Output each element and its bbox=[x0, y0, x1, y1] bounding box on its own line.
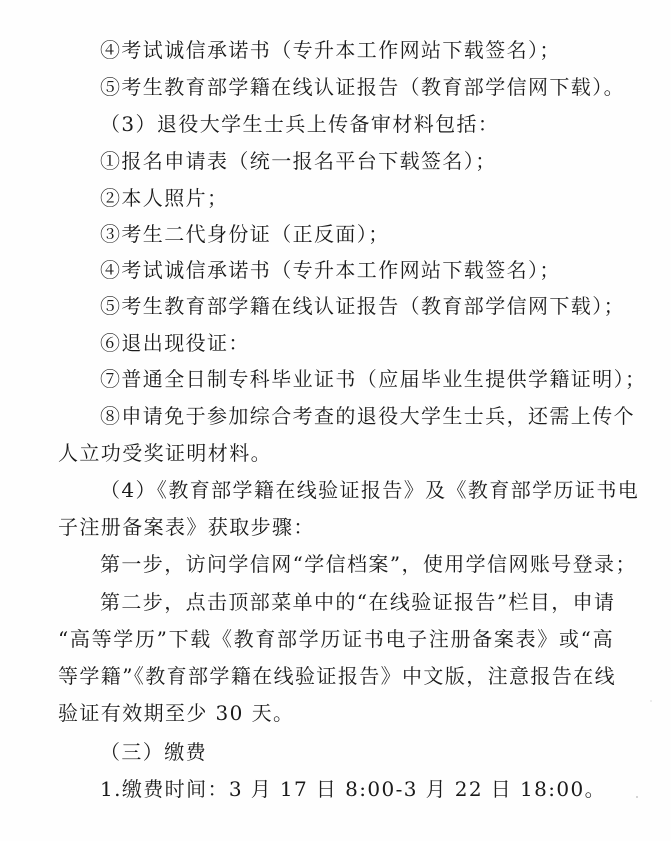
text-line-report-steps-cont: 子注册备案表》获取步骤： bbox=[58, 509, 614, 546]
step-two: 第二步，点击顶部菜单中的“在线验证报告”栏目，申请 bbox=[100, 584, 614, 621]
step-two-cont-2: 等学籍”《教育部学籍在线验证报告》中文版，注意报告在线 bbox=[58, 658, 614, 695]
text-line-commitment-letter: ④考试诚信承诺书（专升本工作网站下载签名）； bbox=[100, 32, 614, 69]
list-item-id-card: ③考生二代身份证（正反面）； bbox=[100, 216, 614, 253]
scan-artifact bbox=[650, 700, 652, 702]
step-two-cont-3: 验证有效期至少 30 天。 bbox=[58, 695, 614, 732]
list-item-enrollment-report: ⑤考生教育部学籍在线认证报告（教育部学信网下载）； bbox=[100, 288, 614, 325]
list-item-discharge-certificate: ⑥退出现役证： bbox=[100, 325, 614, 362]
list-item-merit-materials: ⑧申请免于参加综合考查的退役大学生士兵，还需上传个 bbox=[100, 398, 614, 435]
step-two-cont-1: “高等学历”下载《教育部学历证书电子注册备案表》或“高 bbox=[58, 621, 614, 658]
list-item-commitment-letter: ④考试诚信承诺书（专升本工作网站下载签名）； bbox=[100, 252, 614, 289]
list-item-application-form: ①报名申请表（统一报名平台下载签名）； bbox=[100, 143, 614, 180]
document-page: ④考试诚信承诺书（专升本工作网站下载签名）； ⑤考生教育部学籍在线认证报告（教育… bbox=[0, 0, 671, 841]
text-line-merit-materials-cont: 人立功受奖证明材料。 bbox=[58, 435, 614, 472]
section-heading-veteran-materials: （3）退役大学生士兵上传备审材料包括： bbox=[100, 106, 614, 143]
step-one: 第一步，访问学信网“学信档案”，使用学信网账号登录； bbox=[100, 546, 614, 583]
text-line-enrollment-report: ⑤考生教育部学籍在线认证报告（教育部学信网下载）。 bbox=[100, 69, 614, 106]
section-heading-report-steps: （4）《教育部学籍在线验证报告》及《教育部学历证书电 bbox=[100, 472, 614, 509]
list-item-photo: ②本人照片； bbox=[100, 180, 614, 217]
payment-time: 1.缴费时间：3 月 17 日 8:00-3 月 22 日 18:00。 bbox=[100, 771, 614, 808]
section-heading-payment: （三）缴费 bbox=[100, 734, 614, 771]
scan-artifact bbox=[636, 796, 638, 798]
list-item-diploma: ⑦普通全日制专科毕业证书（应届毕业生提供学籍证明）； bbox=[100, 361, 614, 398]
